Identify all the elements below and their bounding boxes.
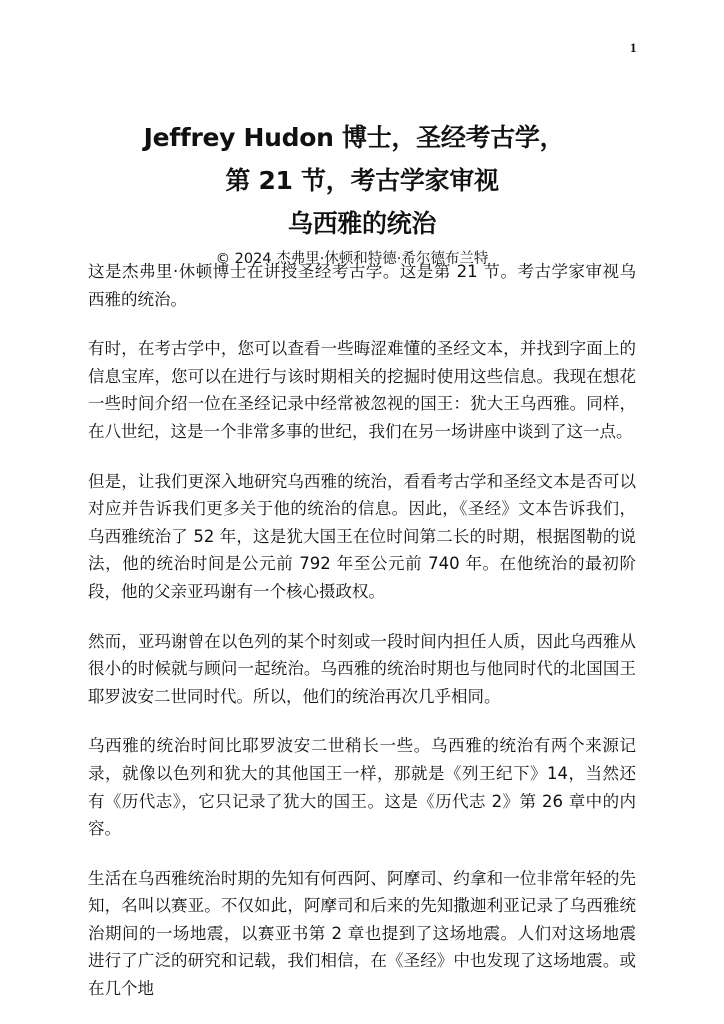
title-line-1: Jeffrey Hudon 博士，圣经考古学， [0, 116, 724, 159]
paragraph: 但是，让我们更深入地研究乌西雅的统治，看看考古学和圣经文本是否可以对应并告诉我们… [88, 468, 636, 606]
page-number: 1 [630, 40, 637, 56]
paragraph: 这是杰弗里·休顿博士在讲授圣经考古学。这是第 21 节。考古学家审视乌西雅的统治… [88, 258, 636, 313]
title-block: Jeffrey Hudon 博士，圣经考古学， 第 21 节，考古学家审视 乌西… [0, 116, 724, 271]
paragraph: 乌西雅的统治时间比耶罗波安二世稍长一些。乌西雅的统治有两个来源记录，就像以色列和… [88, 732, 636, 842]
paragraph: 生活在乌西雅统治时期的先知有何西阿、阿摩司、约拿和一位非常年轻的先知，名叫以赛亚… [88, 865, 636, 1003]
title-line-2: 第 21 节，考古学家审视 [0, 159, 724, 202]
document-body: 这是杰弗里·休顿博士在讲授圣经考古学。这是第 21 节。考古学家审视乌西雅的统治… [88, 258, 636, 1024]
paragraph: 有时，在考古学中，您可以查看一些晦涩难懂的圣经文本，并找到字面上的信息宝库，您可… [88, 335, 636, 445]
title-line-3: 乌西雅的统治 [0, 202, 724, 245]
paragraph: 然而，亚玛谢曾在以色列的某个时刻或一段时间内担任人质，因此乌西雅从很小的时候就与… [88, 628, 636, 711]
